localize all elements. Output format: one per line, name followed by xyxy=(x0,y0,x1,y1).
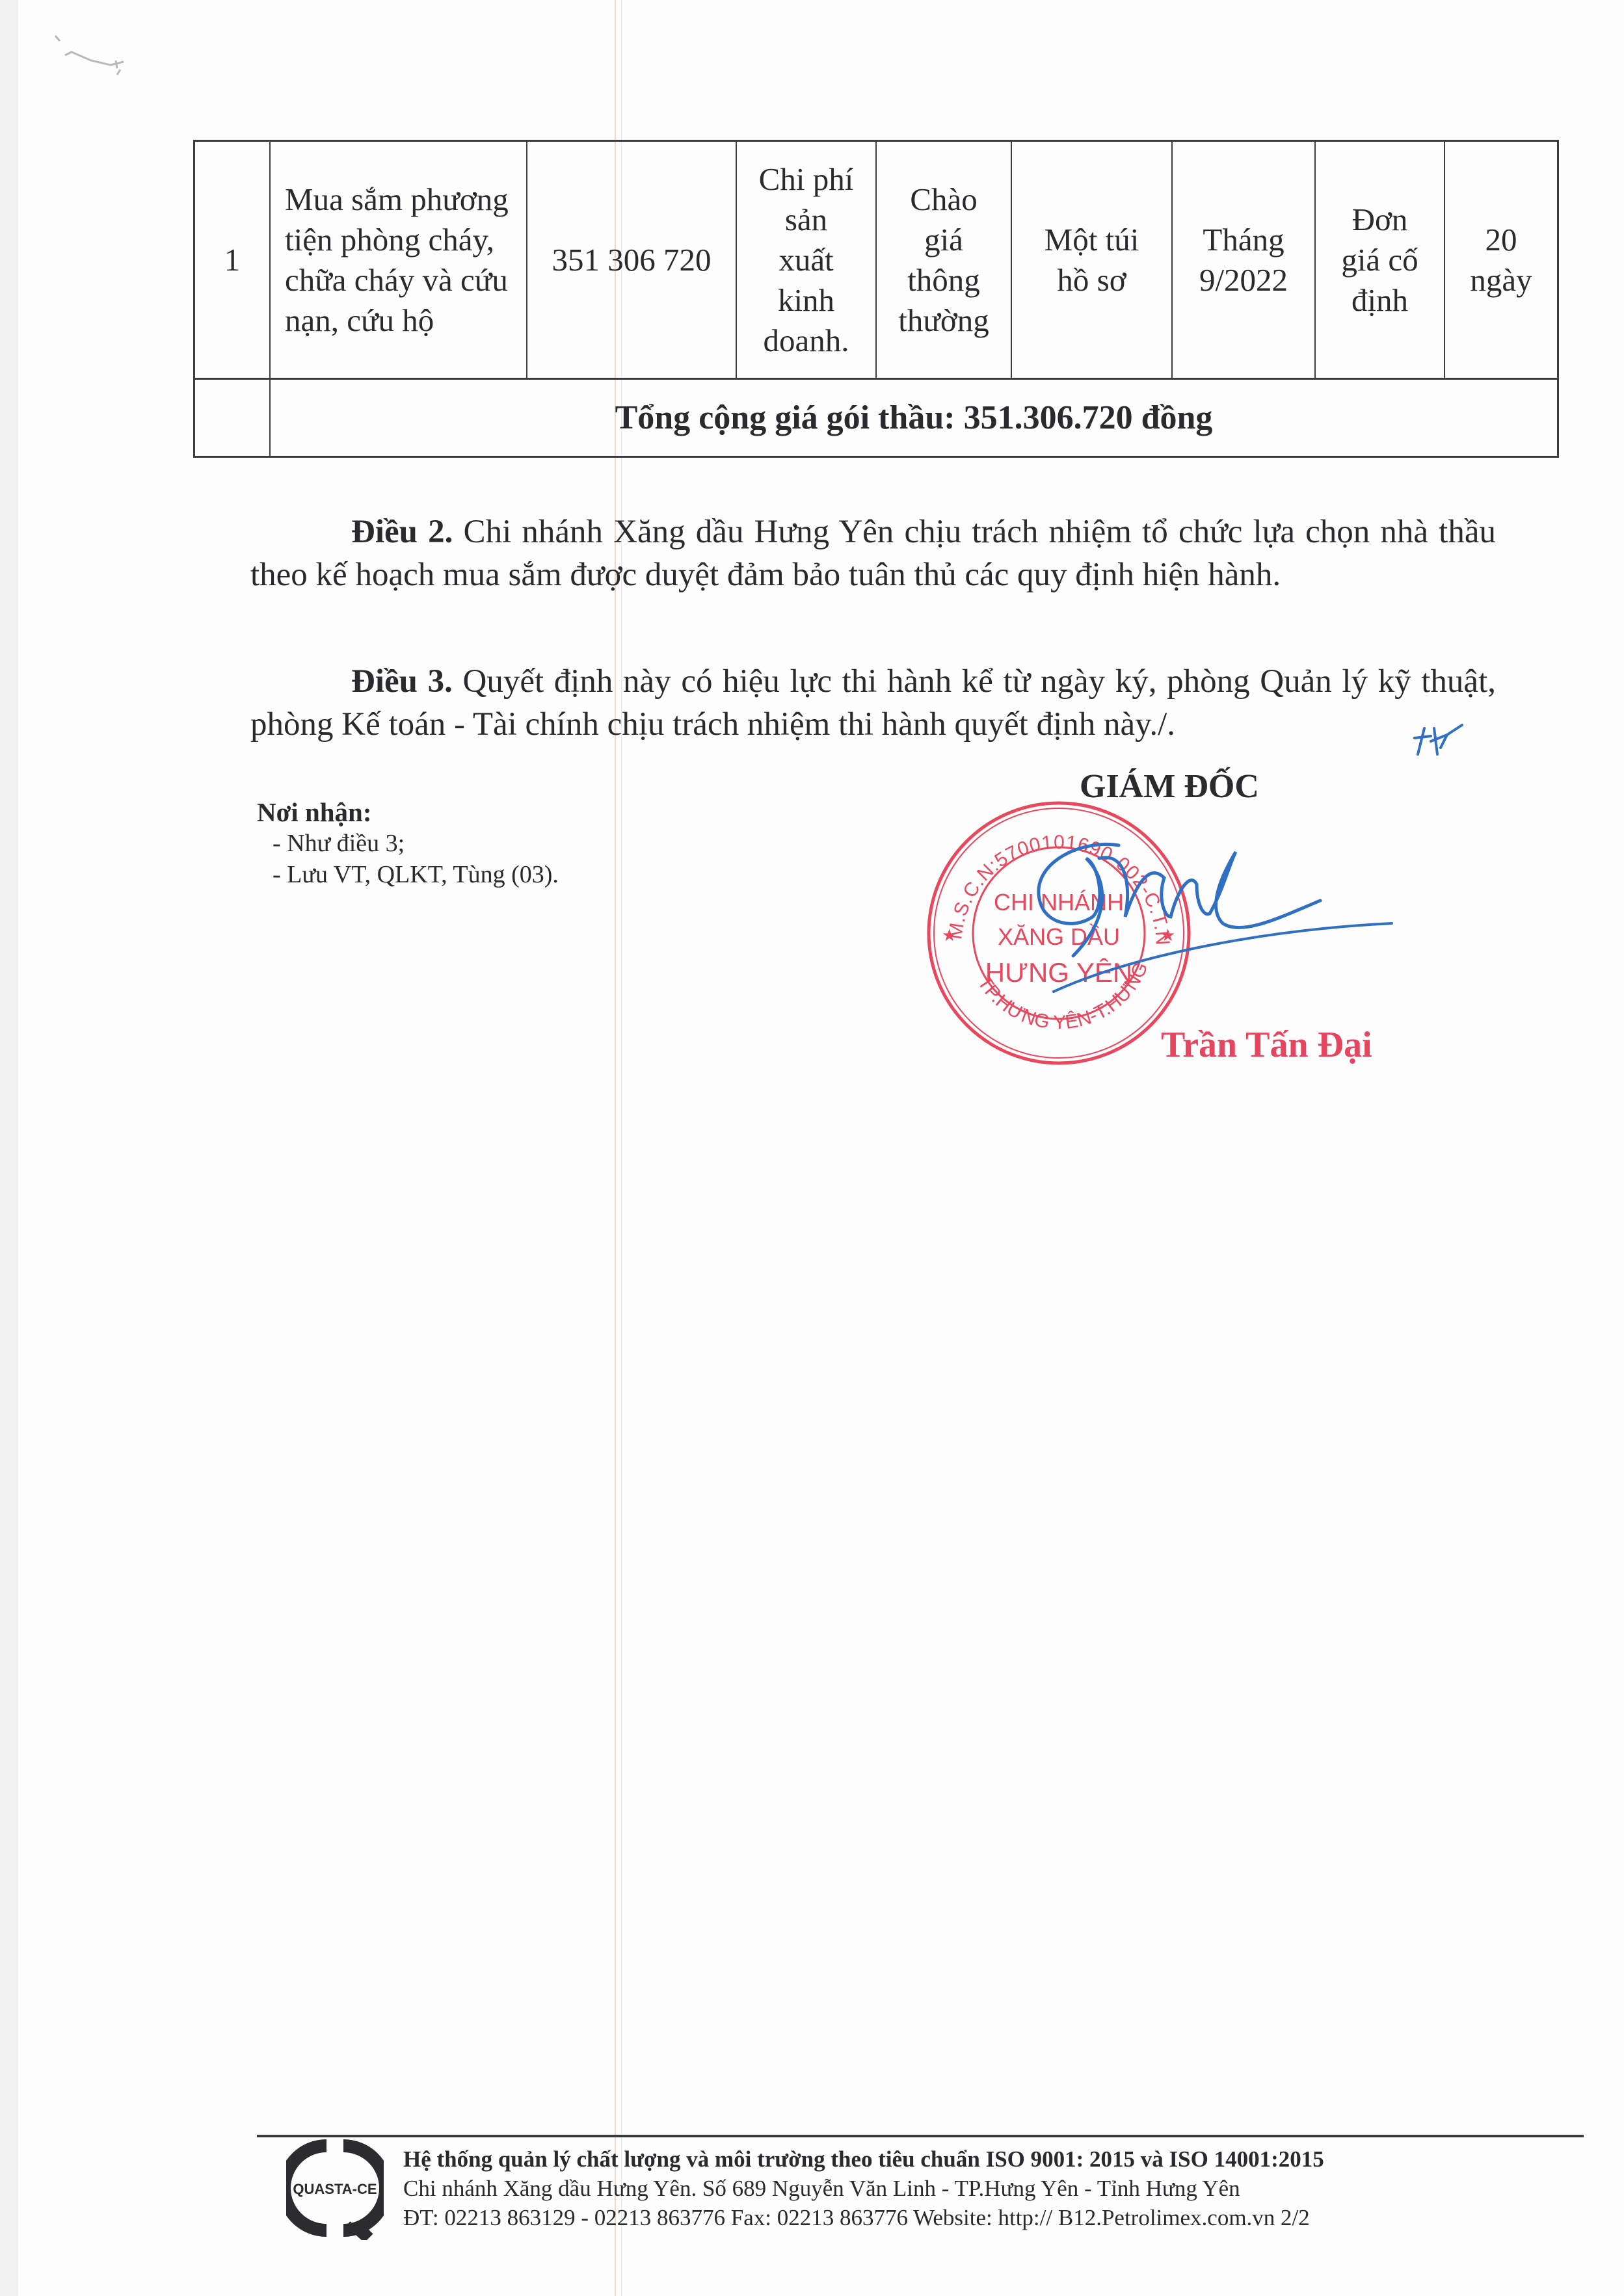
svg-text:★: ★ xyxy=(942,926,957,945)
signer-name: Trần Tấn Đại xyxy=(1161,1024,1372,1066)
recipient-item: - Như điều 3; xyxy=(257,828,559,859)
cell-line: Tháng xyxy=(1203,220,1284,260)
bid-package-table: 1 Mua sắm phương tiện phòng cháy, chữa c… xyxy=(193,140,1559,458)
cell-line: Chào xyxy=(910,179,977,220)
cell-line: định xyxy=(1351,280,1408,321)
handwritten-signature xyxy=(1002,826,1405,995)
cell-stt: 1 xyxy=(195,142,271,378)
article-label: Điều 2. xyxy=(351,514,453,550)
cell-line: sản xyxy=(785,200,827,240)
cell-line: giá cố xyxy=(1341,240,1418,280)
cell-funding-source: Chi phí sản xuất kinh doanh. xyxy=(737,142,877,378)
footer-address-line: Chi nhánh Xăng dầu Hưng Yên. Số 689 Nguy… xyxy=(403,2174,1324,2203)
article-2: Điều 2. Chi nhánh Xăng dầu Hưng Yên chịu… xyxy=(250,510,1496,596)
recipients: Nơi nhận: - Như điều 3; - Lưu VT, QLKT, … xyxy=(257,797,559,890)
cell-line: 9/2022 xyxy=(1199,260,1288,300)
cell-method: Một túi hồ sơ xyxy=(1012,142,1173,378)
table-row: 1 Mua sắm phương tiện phòng cháy, chữa c… xyxy=(195,142,1557,380)
cell-line: Đơn xyxy=(1352,200,1408,240)
footer-contact-line: ĐT: 02213 863129 - 02213 863776 Fax: 022… xyxy=(403,2203,1324,2232)
footer-iso-line: Hệ thống quản lý chất lượng và môi trườn… xyxy=(403,2144,1324,2174)
cell-line: giá xyxy=(924,220,963,260)
initials-mark xyxy=(1411,722,1463,761)
footer-info: Hệ thống quản lý chất lượng và môi trườn… xyxy=(403,2144,1324,2232)
cell-line: nạn, cứu hộ xyxy=(285,300,434,341)
total-price: Tổng cộng giá gói thầu: 351.306.720 đồng xyxy=(271,380,1557,456)
cell-selection-form: Chào giá thông thường xyxy=(877,142,1012,378)
cell-line: Một túi xyxy=(1045,220,1139,260)
cell-line: doanh. xyxy=(764,321,849,361)
cell-package-price: 351 306 720 xyxy=(527,142,737,378)
cell-line: thường xyxy=(898,300,989,341)
cell-duration: 20 ngày xyxy=(1445,142,1557,378)
cell-empty xyxy=(195,380,271,456)
scan-margin xyxy=(0,0,18,2296)
cell-package-name: Mua sắm phương tiện phòng cháy, chữa chá… xyxy=(271,142,527,378)
cell-line: kinh xyxy=(778,280,834,321)
cell-line: hồ sơ xyxy=(1057,260,1126,300)
cell-line: tiện phòng cháy, xyxy=(285,220,494,260)
cell-line: Chi phí xyxy=(759,159,854,200)
cell-line: 20 xyxy=(1485,220,1517,260)
quasta-ce-logo-icon: QUASTA-CE xyxy=(286,2139,384,2240)
cell-line: ngày xyxy=(1470,260,1532,300)
article-3: Điều 3. Quyết định này có hiệu lực thi h… xyxy=(250,660,1496,746)
recipients-heading: Nơi nhận: xyxy=(257,797,559,828)
cell-start-time: Tháng 9/2022 xyxy=(1173,142,1316,378)
svg-text:QUASTA-CE: QUASTA-CE xyxy=(293,2181,377,2197)
cell-line: thông xyxy=(907,260,980,300)
pencil-mark xyxy=(52,29,150,88)
recipient-item: - Lưu VT, QLKT, Tùng (03). xyxy=(257,859,559,890)
cell-line: Mua sắm phương xyxy=(285,179,509,220)
article-label: Điều 3. xyxy=(351,663,453,700)
cell-contract-type: Đơn giá cố định xyxy=(1316,142,1445,378)
cell-line: chữa cháy và cứu xyxy=(285,260,508,300)
table-total-row: Tổng cộng giá gói thầu: 351.306.720 đồng xyxy=(195,380,1557,456)
cell-line: xuất xyxy=(779,240,833,280)
footer-divider xyxy=(257,2135,1584,2137)
